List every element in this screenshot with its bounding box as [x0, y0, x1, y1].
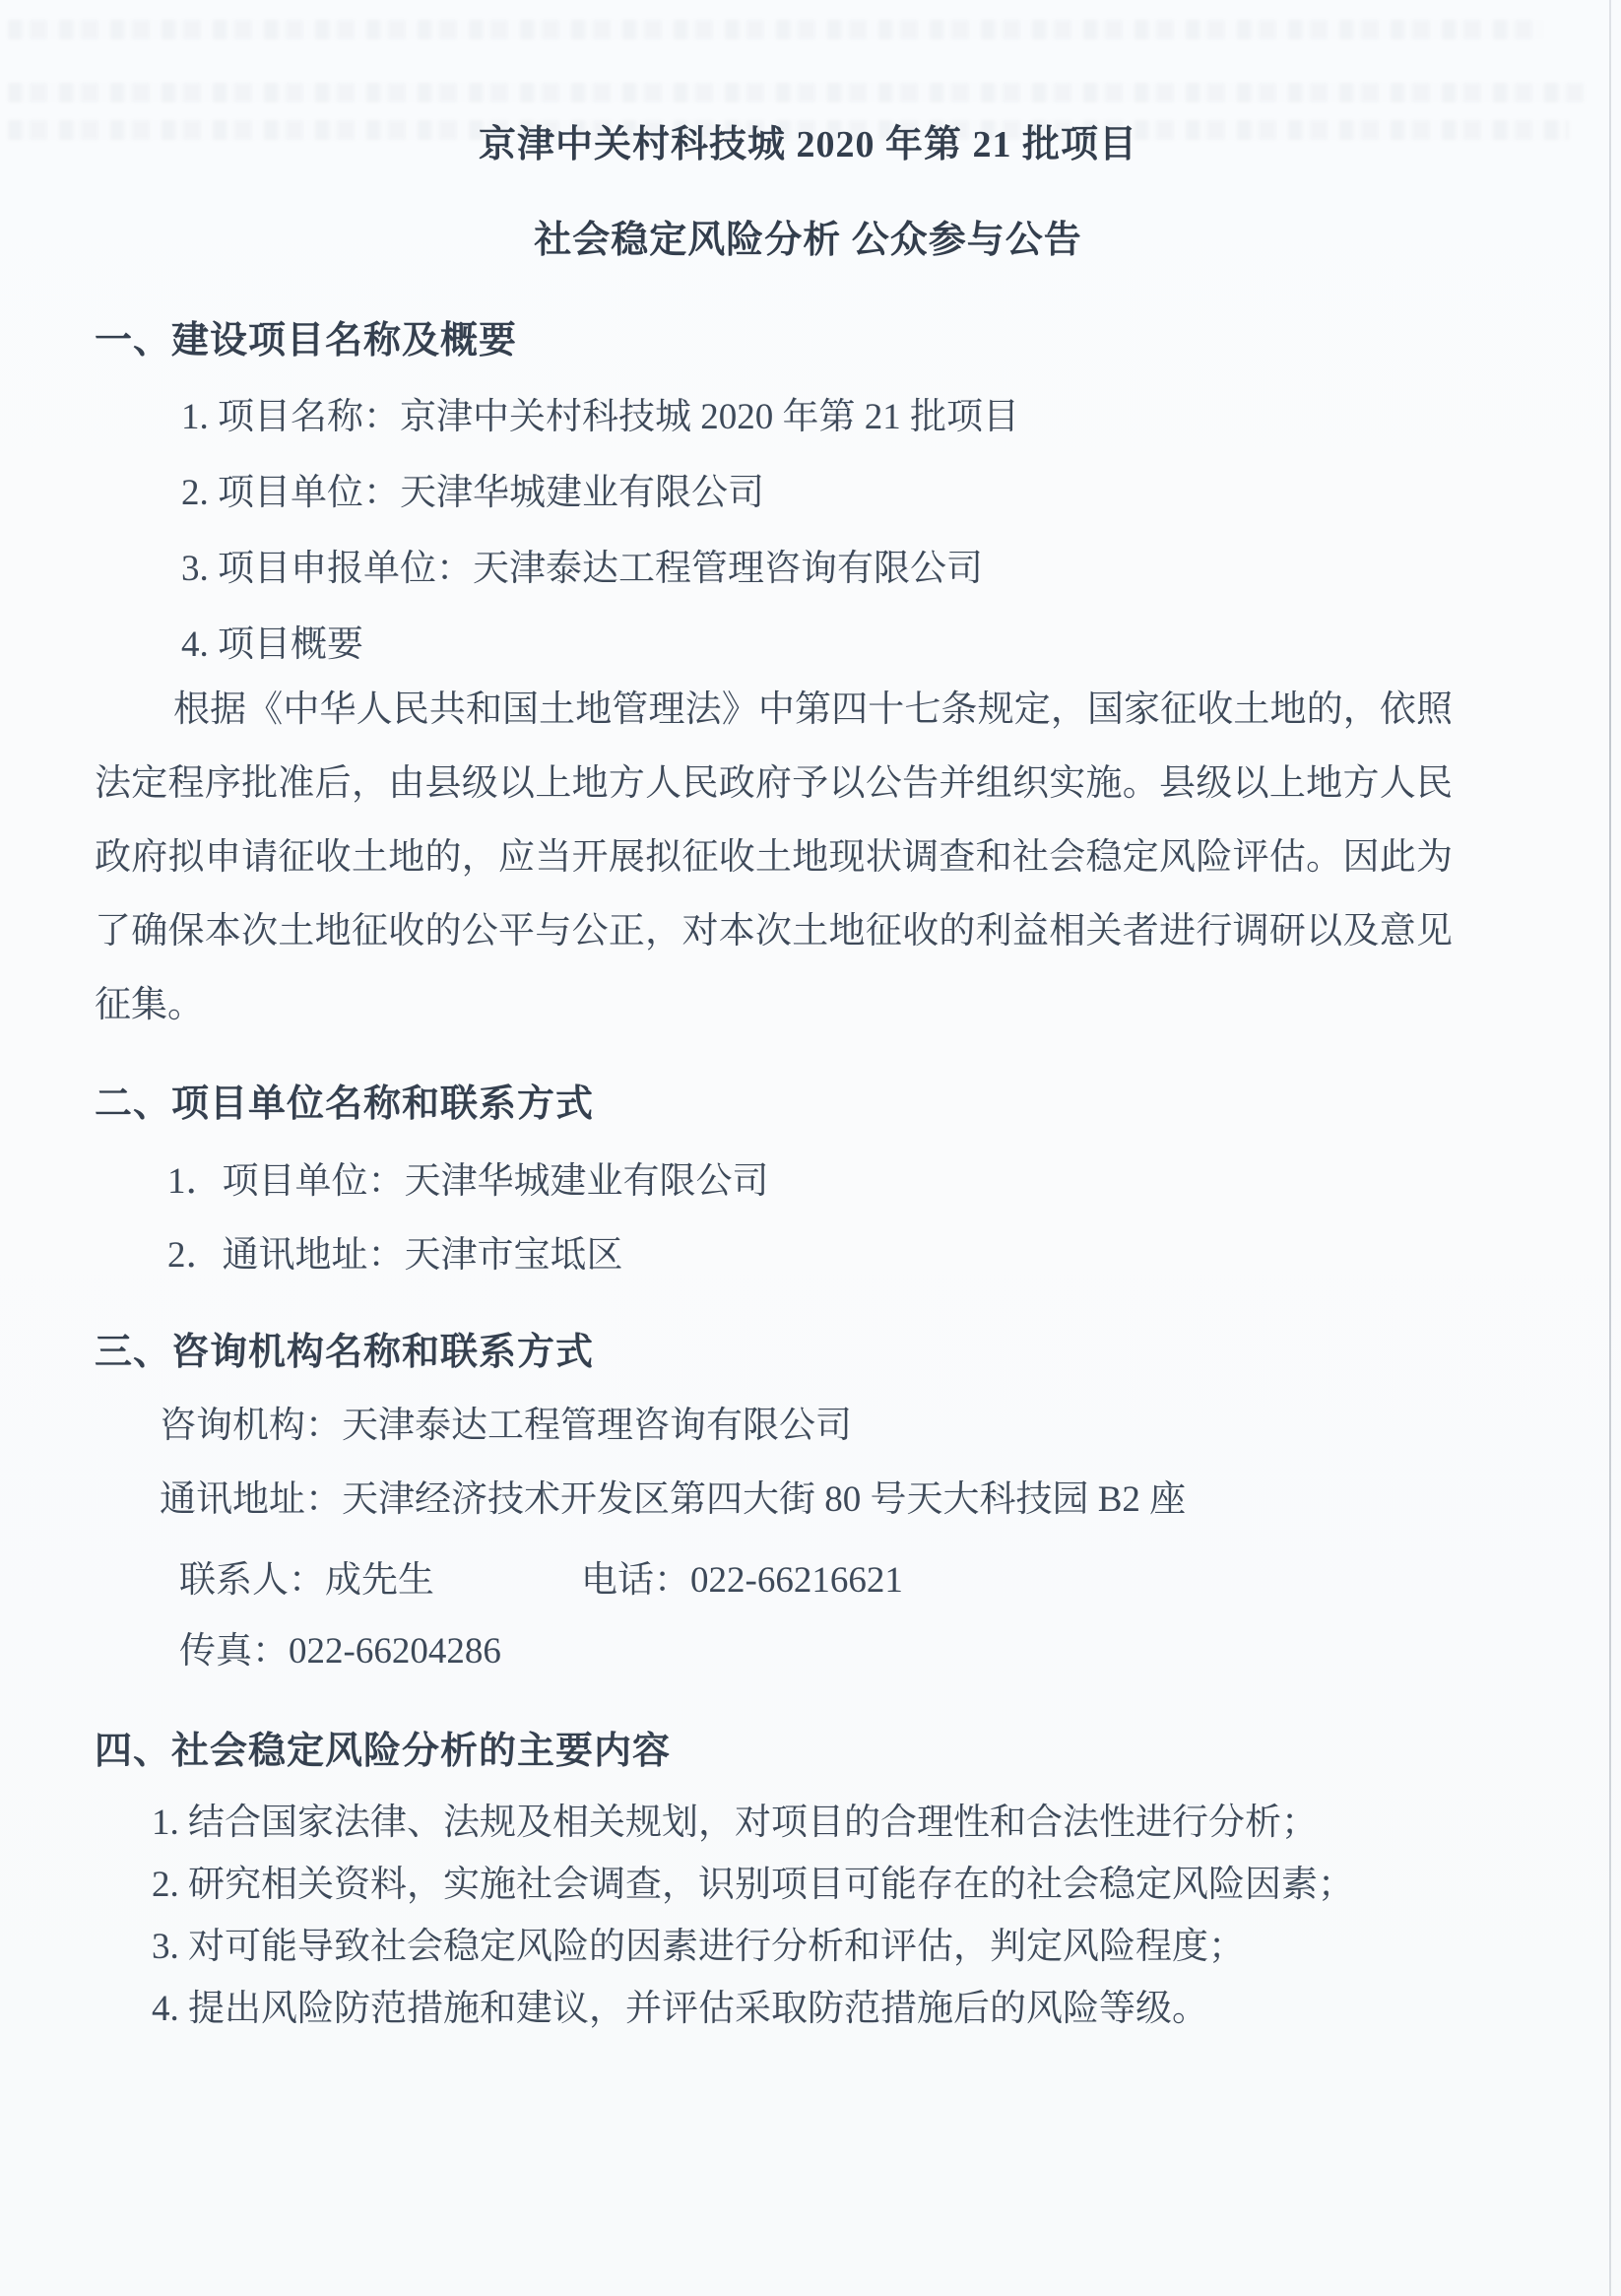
agency-address-line: 通讯地址：天津经济技术开发区第四大街 80 号天大科技园 B2 座: [160, 1478, 1453, 1522]
fax-line: 传真：022-66204286: [179, 1630, 1453, 1673]
section-1-heading: 一、建设项目名称及概要: [95, 318, 1453, 363]
contact-person-row: 联系人：成先生电话：022-66216621: [179, 1559, 1453, 1603]
project-name-line: 1. 项目名称：京津中关村科技城 2020 年第 21 批项目: [181, 396, 1453, 439]
section-4-heading: 四、社会稳定风险分析的主要内容: [95, 1729, 1453, 1774]
risk-analysis-item-2: 2. 研究相关资料，实施社会调查，识别项目可能存在的社会稳定风险因素；: [152, 1864, 1453, 1907]
document-page: 京津中关村科技城 2020 年第 21 批项目 社会稳定风险分析 公众参与公告 …: [0, 0, 1621, 2296]
section-2-heading: 二、项目单位名称和联系方式: [95, 1082, 1453, 1127]
unit-name-line: 1．项目单位：天津华城建业有限公司: [167, 1160, 1453, 1204]
document-content: 京津中关村科技城 2020 年第 21 批项目 社会稳定风险分析 公众参与公告 …: [0, 0, 1621, 2031]
section-project-unit-contact: 二、项目单位名称和联系方式 1．项目单位：天津华城建业有限公司 2．通讯地址：天…: [95, 1082, 1453, 1278]
project-summary-paragraph: 根据《中华人民共和国土地管理法》中第四十七条规定，国家征收土地的，依照法定程序批…: [95, 673, 1453, 1042]
document-subtitle: 社会稳定风险分析 公众参与公告: [163, 218, 1453, 263]
risk-analysis-item-4: 4. 提出风险防范措施和建议，并评估采取防范措施后的风险等级。: [152, 1988, 1453, 2031]
section-3-heading: 三、咨询机构名称和联系方式: [95, 1330, 1453, 1375]
risk-analysis-item-3: 3. 对可能导致社会稳定风险的因素进行分析和评估，判定风险程度；: [152, 1926, 1453, 1969]
unit-address-line: 2．通讯地址：天津市宝坻区: [167, 1234, 1453, 1278]
document-header: 京津中关村科技城 2020 年第 21 批项目 社会稳定风险分析 公众参与公告: [95, 122, 1453, 263]
project-summary-label-line: 4. 项目概要: [181, 623, 1453, 667]
phone-label: 电话：022-66216621: [581, 1559, 903, 1603]
project-unit-line: 2. 项目单位：天津华城建业有限公司: [181, 472, 1453, 515]
risk-analysis-item-1: 1. 结合国家法律、法规及相关规划，对项目的合理性和合法性进行分析；: [152, 1802, 1453, 1845]
contact-person-label: 联系人：成先生: [179, 1560, 434, 1601]
section-consulting-agency-contact: 三、咨询机构名称和联系方式 咨询机构：天津泰达工程管理咨询有限公司 通讯地址：天…: [95, 1330, 1453, 1673]
section-project-overview: 一、建设项目名称及概要 1. 项目名称：京津中关村科技城 2020 年第 21 …: [95, 318, 1453, 1042]
document-title: 京津中关村科技城 2020 年第 21 批项目: [163, 122, 1453, 167]
project-declaring-unit-line: 3. 项目申报单位：天津泰达工程管理咨询有限公司: [181, 548, 1453, 591]
consulting-agency-line: 咨询机构：天津泰达工程管理咨询有限公司: [160, 1405, 1453, 1448]
section-risk-analysis-content: 四、社会稳定风险分析的主要内容 1. 结合国家法律、法规及相关规划，对项目的合理…: [95, 1729, 1453, 2031]
